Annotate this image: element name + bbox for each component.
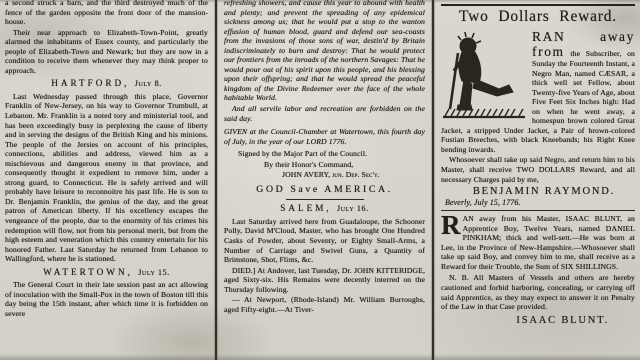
drop-cap-initial: R bbox=[441, 214, 463, 236]
pinkham-description-text: AN away from his Master, ISAAC BLUNT, an… bbox=[441, 214, 635, 271]
proclamation-fragment: refreshing showers, and cause this year … bbox=[224, 0, 425, 103]
died-notice-paragraph: DIED.] At Andover, last Tuesday, Dr. JOH… bbox=[224, 266, 425, 295]
smallpox-inoculation-paragraph: The General Court in their late session … bbox=[5, 280, 208, 318]
governor-franklin-paragraph: Last Wednesday passed through this place… bbox=[5, 92, 208, 264]
hartford-date: July 8. bbox=[135, 79, 162, 88]
benjamin-raymond-signature: BENJAMIN RAYMOND. bbox=[453, 187, 635, 197]
column-rule-left bbox=[215, 0, 217, 360]
elizabeth-town-paragraph: Their near approach to Elizabeth-Town-Po… bbox=[5, 28, 208, 76]
watertown-dateline-heading: WATERTOWN, July 15. bbox=[5, 268, 208, 278]
two-dollars-reward-headline: Two Dollars Reward. bbox=[441, 7, 635, 26]
salem-city: SALEM, bbox=[280, 204, 331, 213]
newport-death-notice-paragraph: — At Newport, (Rhode-Island) Mr. William… bbox=[224, 295, 425, 314]
isaac-blunt-signature: ISAAC BLUNT. bbox=[441, 316, 635, 326]
signed-by-council-line: Signed by the Major Part of the Council. bbox=[224, 149, 425, 159]
watertown-city: WATERTOWN, bbox=[43, 268, 133, 277]
apprentice-runaway-paragraph: RAN away from his Master, ISAAC BLUNT, a… bbox=[441, 214, 635, 271]
god-save-america-motto: GOD Save AMERICA. bbox=[224, 185, 425, 195]
newspaper-page-scan: { "page": { "paper_color": "#d6d4cc", "i… bbox=[0, 0, 640, 360]
secretary-signature-line: JOHN AVERY, jun. Dep. Sec'y. bbox=[224, 170, 425, 180]
hartford-city: HARTFORD, bbox=[51, 79, 129, 88]
advert-divider-rule bbox=[441, 210, 635, 211]
servile-labor-paragraph: And all servile labor and recreation are… bbox=[224, 104, 425, 123]
nota-bene-paragraph: N. B. All Masters of Vessels and others … bbox=[441, 273, 635, 311]
hartford-dateline-heading: HARTFORD, July 8. bbox=[5, 79, 208, 89]
given-at-council-chamber-line: GIVEN at the Council-Chamber at Watertow… bbox=[224, 127, 425, 146]
watertown-date: July 15. bbox=[138, 268, 170, 277]
advert-top-rule bbox=[441, 4, 635, 6]
right-column: Two Dollars Reward. bbox=[441, 0, 635, 360]
two-dollars-terms-paragraph: Whosoever shall take up said Negro, and … bbox=[441, 155, 635, 184]
honors-command-line: By their Honor's Command, bbox=[224, 160, 425, 170]
schooner-polly-paragraph: Last Saturday arrived here from Guadalou… bbox=[224, 217, 425, 265]
storm-damage-fragment: a second struck a barn, and the third de… bbox=[5, 0, 208, 27]
salem-date: July 16. bbox=[337, 204, 369, 213]
middle-column: refreshing showers, and cause this year … bbox=[224, 0, 425, 360]
running-figure-woodcut-icon bbox=[441, 31, 527, 121]
beverly-dateline: Beverly, July 15, 1776. bbox=[441, 198, 635, 208]
left-column: a second struck a barn, and the third de… bbox=[5, 0, 208, 360]
column-rule-right bbox=[432, 0, 434, 360]
salem-dateline-heading: SALEM, July 16. bbox=[224, 204, 425, 214]
section-divider-rule bbox=[286, 199, 364, 200]
